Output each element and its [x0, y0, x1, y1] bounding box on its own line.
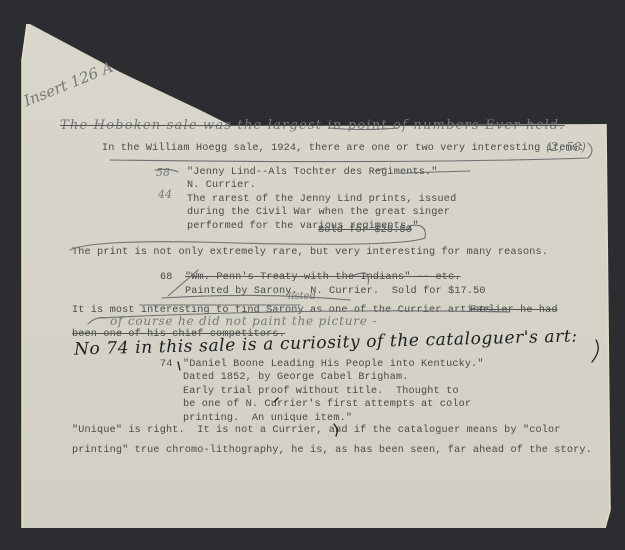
pencil-insert: of course he did not paint the picture - [110, 314, 377, 328]
penn-item-number: 68 [160, 271, 173, 284]
penn-entry-line2: Painted by Sarony. N. Currier. Sold for … [185, 285, 486, 298]
paragraph-rare: The print is not only extremely rare, bu… [72, 246, 548, 259]
entry-line: be one of N. Currier's first attempts at… [183, 398, 484, 411]
entry-line: "Jenny Lind--Als Tochter des Regiments." [187, 166, 456, 179]
item-number-58: 58 [156, 166, 170, 179]
struck-handwritten-line: The Hoboken sale was the largest in poin… [60, 118, 565, 133]
penn-entry-line1: "Wm. Penn's Treaty with the Indians" -- … [185, 271, 461, 284]
boone-entry: "Daniel Boone Leading His People into Ke… [183, 358, 484, 425]
entry-line: The rarest of the Jenny Lind prints, iss… [187, 193, 456, 206]
boone-item-number: 74 [160, 358, 173, 371]
intro-line: In the William Hoegg sale, 1924, there a… [102, 142, 584, 155]
paragraph-unique-line1: "Unique" is right. It is not a Currier, … [72, 424, 561, 437]
interlinear-note-listed: listed [288, 291, 316, 302]
struck-price: Sold for $25.50 [318, 224, 412, 237]
entry-line: during the Civil War when the great sing… [187, 206, 456, 219]
entry-line: N. Currier. [187, 179, 456, 192]
entry-line: Early trial proof without title. Thought… [183, 385, 484, 398]
jenny-lind-entry: "Jenny Lind--Als Tochter des Regiments."… [187, 166, 456, 233]
item-number-44: 44 [158, 188, 172, 201]
intro-margin-note: (2, 58) [546, 140, 586, 154]
entry-line: "Daniel Boone Leading His People into Ke… [183, 358, 484, 371]
entry-line: Dated 1852, by George Cabel Brigham. [183, 371, 484, 384]
paragraph-unique-line2: printing" true chromo-lithography, he is… [72, 444, 592, 457]
struck-continuation: Earlier he had [470, 304, 558, 317]
